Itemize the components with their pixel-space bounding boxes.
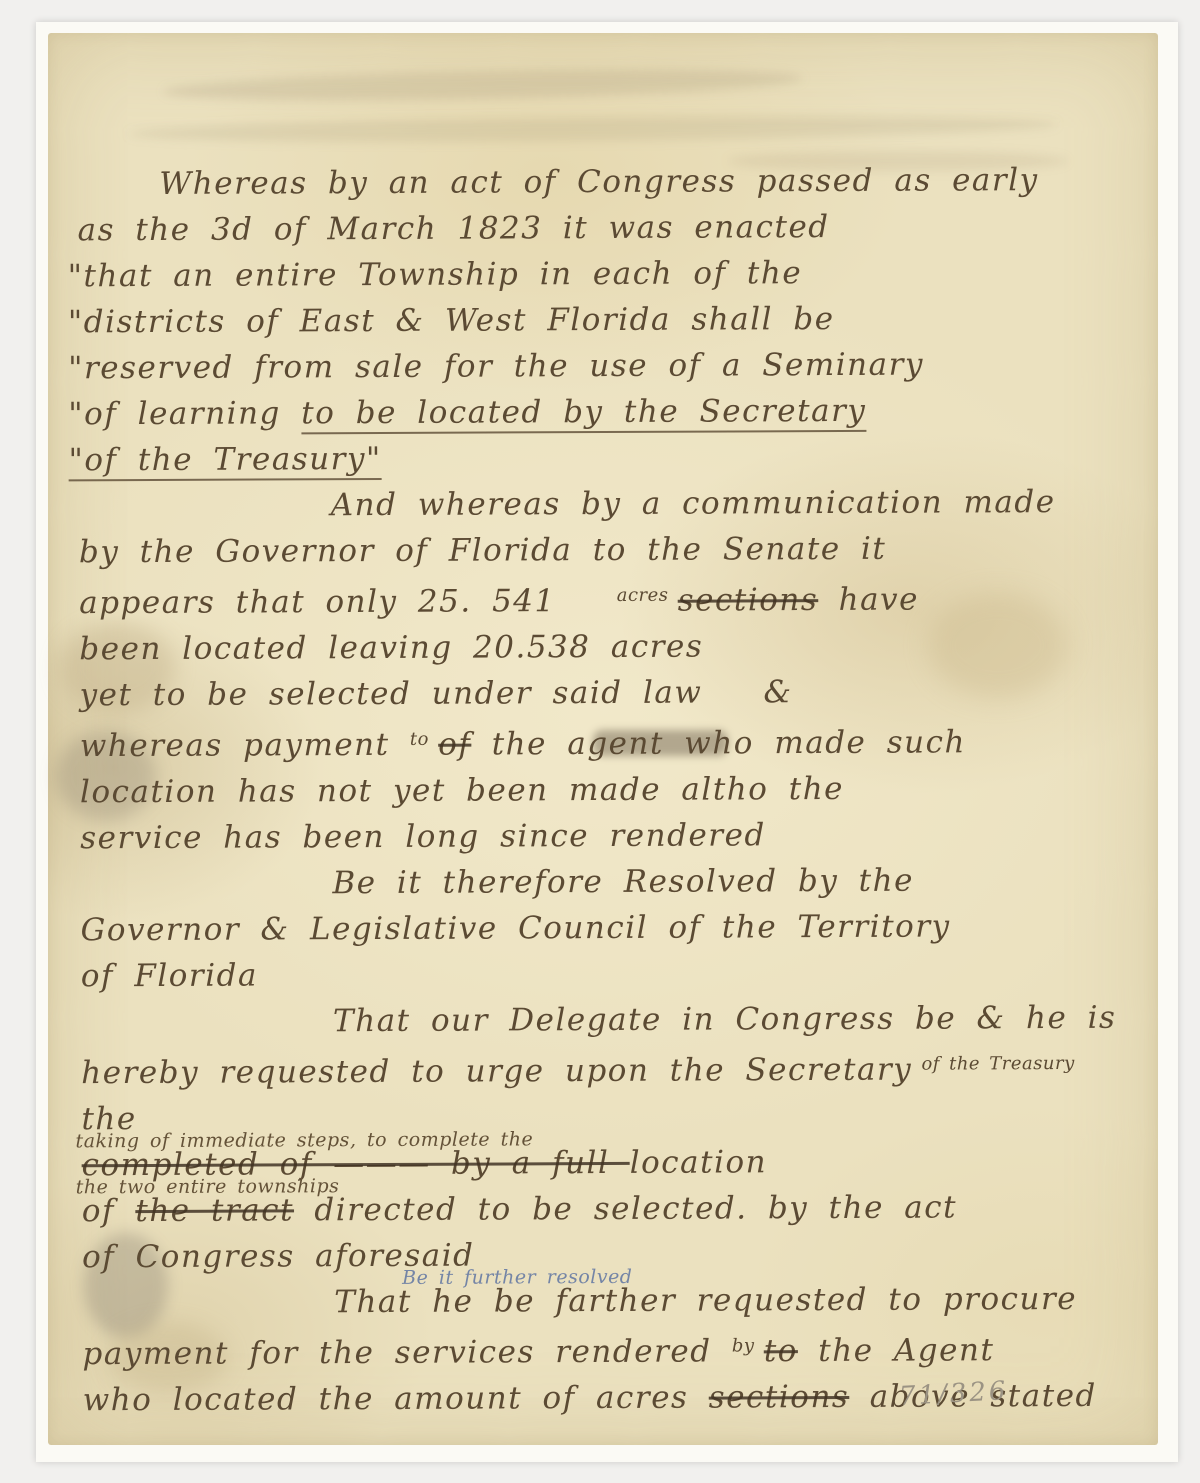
manuscript-line: hereby requested to urge upon the Secret… [81, 1040, 1149, 1142]
text-segment: "that an entire Township in each of the [68, 255, 803, 294]
text-segment: have [818, 582, 919, 618]
manuscript-line: "of learning to be located by the Secret… [68, 387, 1146, 438]
text-segment: hereby requested to urge upon the Secret… [81, 1051, 912, 1091]
text-segment: the agent who made such [471, 724, 966, 762]
text-segment: acres [617, 585, 678, 606]
manuscript-line: whereas payment to of the agent who made… [80, 714, 1148, 770]
text-segment: Be it therefore Resolved by the [332, 862, 914, 901]
manuscript-line: yet to be selected under said law & [79, 668, 1147, 719]
text-segment: of the Treasury [912, 1053, 1075, 1075]
manuscript-line: payment for the services rendered by to … [82, 1321, 1150, 1377]
manuscript-line: "that an entire Township in each of the [68, 249, 1146, 300]
manuscript-line: And whereas by a communication made [331, 479, 1147, 529]
text-segment: to [410, 729, 438, 750]
text-segment: to [764, 1333, 798, 1369]
manuscript-line: That our Delegate in Congress be & he is [333, 994, 1149, 1044]
text-segment: "reserved from sale for the use of a Sem… [68, 347, 924, 387]
manuscript-line: location has not yet been made altho the [80, 764, 1148, 815]
text-segment: by the Governor of Florida to the Senate… [79, 531, 887, 571]
text-segment: to be located by the Secretary [301, 393, 866, 434]
text-segment: And whereas by a communication made [331, 484, 1056, 523]
text-segment: "districts of East & West Florida shall … [68, 301, 835, 340]
text-segment: appears that only 25. 541 [79, 583, 617, 621]
text-segment: Whereas by an act of Congress passed as … [159, 162, 1038, 202]
text-segment: the tract [135, 1192, 294, 1229]
page-reference-pencil: 71/326 [898, 1376, 1009, 1412]
manuscript-line: Whereas by an act of Congress passed as … [159, 157, 1145, 207]
manuscript-line: That he be farther requested to procure [334, 1275, 1150, 1325]
ink-bleedthrough-mark [163, 64, 803, 105]
manuscript-text-block: Whereas by an act of Congress passed as … [67, 157, 1150, 1423]
text-segment: directed to be selected. by the act [294, 1189, 957, 1228]
manuscript-line: appears that only 25. 541 acres sections… [79, 571, 1147, 627]
ink-bleedthrough-mark [128, 112, 1058, 146]
text-segment: location [630, 1144, 768, 1181]
manuscript-line: "reserved from sale for the use of a Sem… [68, 341, 1146, 392]
text-segment: payment for the services rendered [82, 1333, 732, 1372]
text-segment: yet to be selected under said law & [80, 674, 793, 713]
text-segment: as the 3d of March 1823 it was enacted [77, 209, 829, 248]
text-segment: of Florida [81, 957, 258, 994]
manuscript-line: been located leaving 20.538 acres [79, 622, 1147, 673]
text-segment: location has not yet been made altho the [80, 771, 844, 810]
text-segment: of [438, 726, 471, 762]
text-segment: by [732, 1335, 764, 1356]
text-segment: who located the amount of acres [83, 1379, 709, 1418]
manuscript-line: as the 3d of March 1823 it was enacted [77, 203, 1145, 254]
text-segment: "of the Treasury" [68, 441, 381, 481]
manuscript-line: of the tract directed to be selected. by… [82, 1183, 1150, 1234]
manuscript-line: "districts of East & West Florida shall … [68, 295, 1146, 346]
manuscript-paper: Whereas by an act of Congress passed as … [48, 33, 1158, 1445]
manuscript-line: service has been long since rendered [80, 810, 1148, 861]
manuscript-line: of Florida [81, 948, 1149, 999]
manuscript-line: by the Governor of Florida to the Senate… [79, 525, 1147, 576]
manuscript-line: Be it therefore Resolved by the [332, 856, 1148, 906]
text-segment: Governor & Legislative Council of the Te… [81, 908, 951, 948]
text-segment: the Agent [798, 1332, 995, 1369]
text-segment: sections [709, 1378, 850, 1415]
text-segment: whereas payment [80, 727, 410, 764]
text-segment: service has been long since rendered [80, 817, 766, 856]
manuscript-line: "of the Treasury" [68, 433, 1146, 484]
text-segment: been located leaving 20.538 acres [79, 628, 703, 667]
text-segment: That he be farther requested to procure [334, 1281, 1077, 1320]
text-segment: sections [678, 582, 819, 619]
text-segment: That our Delegate in Congress be & he is [333, 1000, 1117, 1039]
manuscript-line: Governor & Legislative Council of the Te… [81, 902, 1149, 953]
text-segment: "of learning [68, 395, 301, 432]
text-segment: of [82, 1193, 136, 1229]
